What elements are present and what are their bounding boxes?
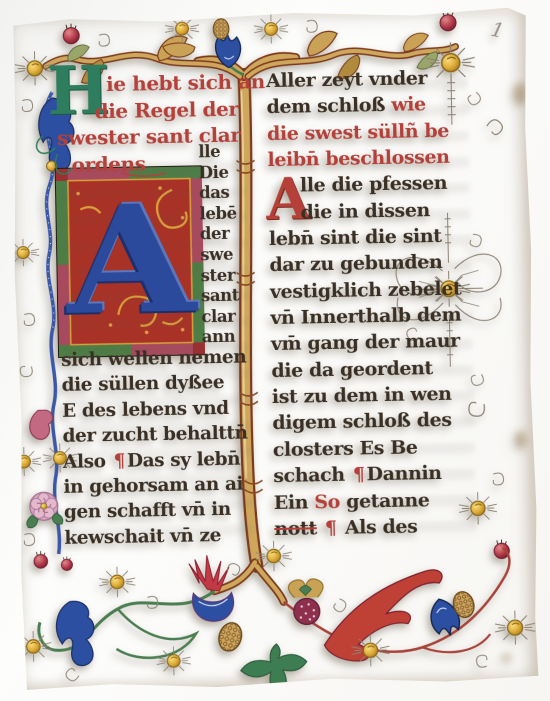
text-line: lle [198, 141, 250, 163]
line-text: die süllen dyßee [61, 372, 224, 396]
line-text: Also [63, 451, 112, 473]
manuscript-page: H ie hebt sich an die Regel der swester … [7, 5, 541, 694]
line-text: Das sy lebn̄ [127, 448, 241, 471]
pomegranate-berry-icon [61, 556, 72, 570]
rubricated-text: leibn̄ beschlossen [267, 146, 449, 171]
left-text-column: sich wellen nemen die süllen dyßee E des… [61, 344, 267, 551]
line-text: lebn̄ sint die sint [269, 225, 442, 250]
line-text: E des lebens vnd [62, 398, 229, 422]
text-line: digem schloß des [272, 407, 486, 437]
text-line: ie hebt sich an [56, 68, 261, 98]
text-line: vn̄ Innerthalb dem [270, 301, 484, 331]
text-line: der zucht behalttn̄ [62, 420, 264, 449]
line-text: Aller zeyt vnder [266, 67, 427, 92]
text-line: der [200, 224, 252, 246]
text-line: ster [200, 265, 252, 287]
gold-bezant-icon [7, 447, 41, 477]
text-line: in gehorsam an ai [63, 471, 265, 500]
line-text: dar zu gebunden [269, 251, 442, 276]
line-text: getanne [340, 489, 430, 513]
line-text: lle die pfessen [300, 172, 448, 197]
strawberry [288, 579, 324, 625]
line-text: vn̄ Innerthalb dem [270, 304, 461, 329]
text-line: clar [201, 306, 253, 328]
line-text: die in dissen [300, 199, 430, 223]
text-line: lebn̄ sint die sint [269, 222, 483, 252]
text-line: leibn̄ beschlossen [267, 143, 481, 173]
text-line: gen schafft vn̄ in [64, 497, 266, 526]
text-line: lle die pfessen [268, 170, 482, 200]
text-line: das [199, 183, 251, 205]
gold-bezant-icon [254, 14, 289, 44]
stacked-words-column: lle Die das lebē der swe ster sant clar … [198, 141, 254, 348]
rose-icon [26, 492, 63, 528]
gold-bezant-icon [7, 239, 39, 267]
text-line: vm̄ gang der maur [271, 328, 485, 358]
parchment-stains [491, 82, 538, 662]
cancelled-word: nott [274, 517, 317, 540]
text-line: nott ¶ Als des [274, 512, 488, 542]
line-text: Ein [274, 491, 315, 514]
rubricated-text: wie [391, 94, 426, 117]
text-line: Aller zeyt vnder [266, 64, 480, 94]
text-line: dem schloß wie [266, 91, 480, 121]
right-text-column: Aller zeyt vnder dem schloß wie die swes… [266, 64, 489, 542]
text-line: closters Es Be [273, 433, 487, 463]
line-text: vm̄ gang der maur [271, 330, 460, 355]
paragraph-mark: ¶ [317, 517, 346, 540]
text-line: Die [199, 162, 251, 184]
line-text: kewschait vn̄ ze [64, 525, 221, 549]
text-line: Also ¶Das sy lebn̄ [63, 446, 265, 475]
gold-bezant-icon [15, 631, 52, 662]
text-line: E des lebens vnd [62, 395, 264, 424]
text-line: dar zu gebunden [269, 249, 483, 279]
line-text: vestigklich zebelet [270, 277, 462, 303]
text-line: die in dissen [268, 196, 482, 226]
line-text: closters Es Be [273, 436, 418, 461]
photograph-background: H ie hebt sich an die Regel der swester … [0, 0, 550, 701]
text-line: sich wellen nemen [61, 344, 263, 373]
line-text: die da geordent [271, 357, 433, 382]
pomegranate-berry-icon [440, 11, 456, 31]
thistle-flower [189, 555, 246, 655]
text-line: lebē [199, 203, 251, 225]
paragraph-mark: ¶ [111, 450, 127, 471]
line-text: schach [273, 464, 351, 487]
text-line: sant [201, 286, 253, 308]
pomegranate-berry-icon [63, 24, 79, 44]
text-line: ist zu dem in wen [272, 380, 486, 410]
green-trefoil-leaves [240, 643, 307, 694]
gold-bezant-icon [495, 610, 536, 645]
text-line: schach ¶Dannin [273, 459, 487, 489]
line-text: der zucht behalttn̄ [62, 423, 247, 447]
pink-acanthus-leaf [29, 410, 52, 439]
text-line: Ein So getanne [274, 486, 488, 516]
gold-bezant-icon [99, 566, 136, 597]
line-text: Als des [345, 515, 418, 538]
text-line: die swest süllñ be [267, 117, 481, 147]
rubricated-text: So [314, 490, 340, 512]
text-line: die Regel der [56, 95, 261, 125]
pomegranate-berry-icon [494, 539, 510, 558]
line-text: dem schloß [266, 94, 391, 118]
text-line: die süllen dyßee [61, 370, 263, 399]
gold-bezant-icon [156, 646, 191, 676]
pinecone-icon [213, 19, 229, 40]
text-line: vestigklich zebelet [270, 275, 484, 305]
line-text: in gehorsam an ai [63, 474, 243, 498]
line-text: Dannin [366, 462, 441, 485]
illuminated-initial-letter: A [48, 167, 214, 356]
pomegranate-berry-icon [34, 551, 48, 568]
text-line: swe [200, 244, 252, 266]
blue-acanthus-leaf [56, 601, 94, 666]
rubricated-text: die swest süllñ be [267, 119, 449, 144]
bottom-border-foliage [14, 536, 537, 695]
line-text: gen schafft vn̄ in [64, 499, 231, 523]
line-text: sich wellen nemen [61, 347, 247, 371]
line-text: digem schloß des [272, 409, 452, 434]
text-line: kewschait vn̄ ze [64, 522, 266, 551]
line-text: ist zu dem in wen [272, 383, 452, 408]
text-line: die da geordent [271, 354, 485, 384]
paragraph-mark: ¶ [351, 463, 367, 485]
